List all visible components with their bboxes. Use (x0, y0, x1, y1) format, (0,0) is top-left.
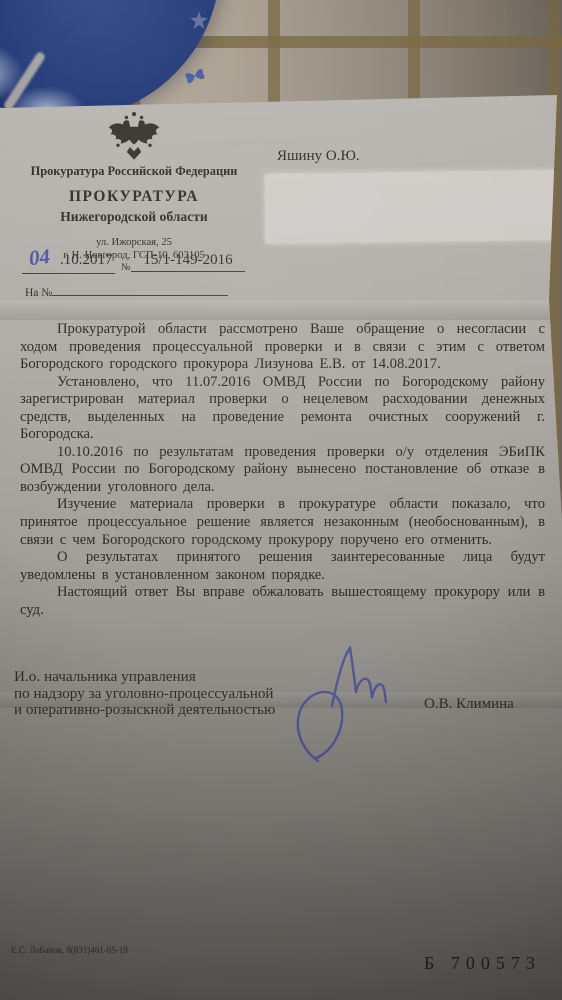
document-number: 15/1-149-2016 (131, 252, 245, 272)
date-underline (22, 273, 115, 274)
addressee-name: Яшину О.Ю. (277, 148, 360, 165)
signer-position: И.о. начальника управления по надзору за… (14, 669, 275, 719)
body-paragraph: Настоящий ответ Вы вправе обжаловать выш… (20, 584, 545, 619)
letterhead: Прокуратура Российской Федерации ПРОКУРА… (22, 110, 246, 262)
letter-body: Прокуратурой области рассмотрено Ваше об… (20, 321, 545, 619)
body-paragraph: О результатах принятого решения заинтере… (20, 549, 545, 584)
star-print-icon (189, 10, 209, 30)
whited-out-address-area (265, 170, 560, 244)
form-number: Б 700573 (424, 953, 541, 974)
org-name: ПРОКУРАТУРА (22, 188, 246, 206)
address-line-1: ул. Ижорская, 25 (22, 236, 246, 249)
number-sign-label: № (121, 262, 131, 273)
letter-paper: Прокуратура Российской Федерации ПРОКУРА… (0, 0, 562, 1000)
date-number-row: 04 .10.2017 № 15/1-149-2016 (22, 250, 248, 276)
reference-label: На № (25, 287, 52, 299)
paper-fold-crease-top (0, 300, 562, 320)
body-paragraph: 10.10.2016 по результатам проведения про… (20, 444, 545, 497)
handwritten-date-day: 04 (28, 244, 52, 271)
body-paragraph: Изучение материала проверки в прокуратур… (20, 496, 545, 549)
signer-name: О.В. Климина (424, 696, 514, 713)
printed-date: .10.2017 (60, 252, 113, 269)
document-photo: Прокуратура Российской Федерации ПРОКУРА… (0, 0, 562, 1000)
body-paragraph: Установлено, что 11.07.2016 ОМВД России … (20, 374, 545, 444)
signer-position-line-1: И.о. начальника управления (14, 669, 275, 686)
executor-contact: Е.С. Лобанов, 8(831)461-85-19 (11, 945, 128, 955)
signature-scribble (288, 646, 398, 766)
body-paragraph: Прокуратурой области рассмотрено Ваше об… (20, 321, 545, 374)
signer-position-line-3: и оперативно-розыскной деятельностью (14, 702, 275, 719)
reference-number-row: На № (25, 284, 228, 299)
russia-coat-of-arms-icon (107, 110, 161, 162)
org-region: Нижегородской области (22, 209, 246, 225)
signer-position-line-2: по надзору за уголовно-процессуальной (14, 686, 275, 703)
org-federation-line: Прокуратура Российской Федерации (22, 165, 246, 178)
reference-underline (52, 284, 228, 296)
